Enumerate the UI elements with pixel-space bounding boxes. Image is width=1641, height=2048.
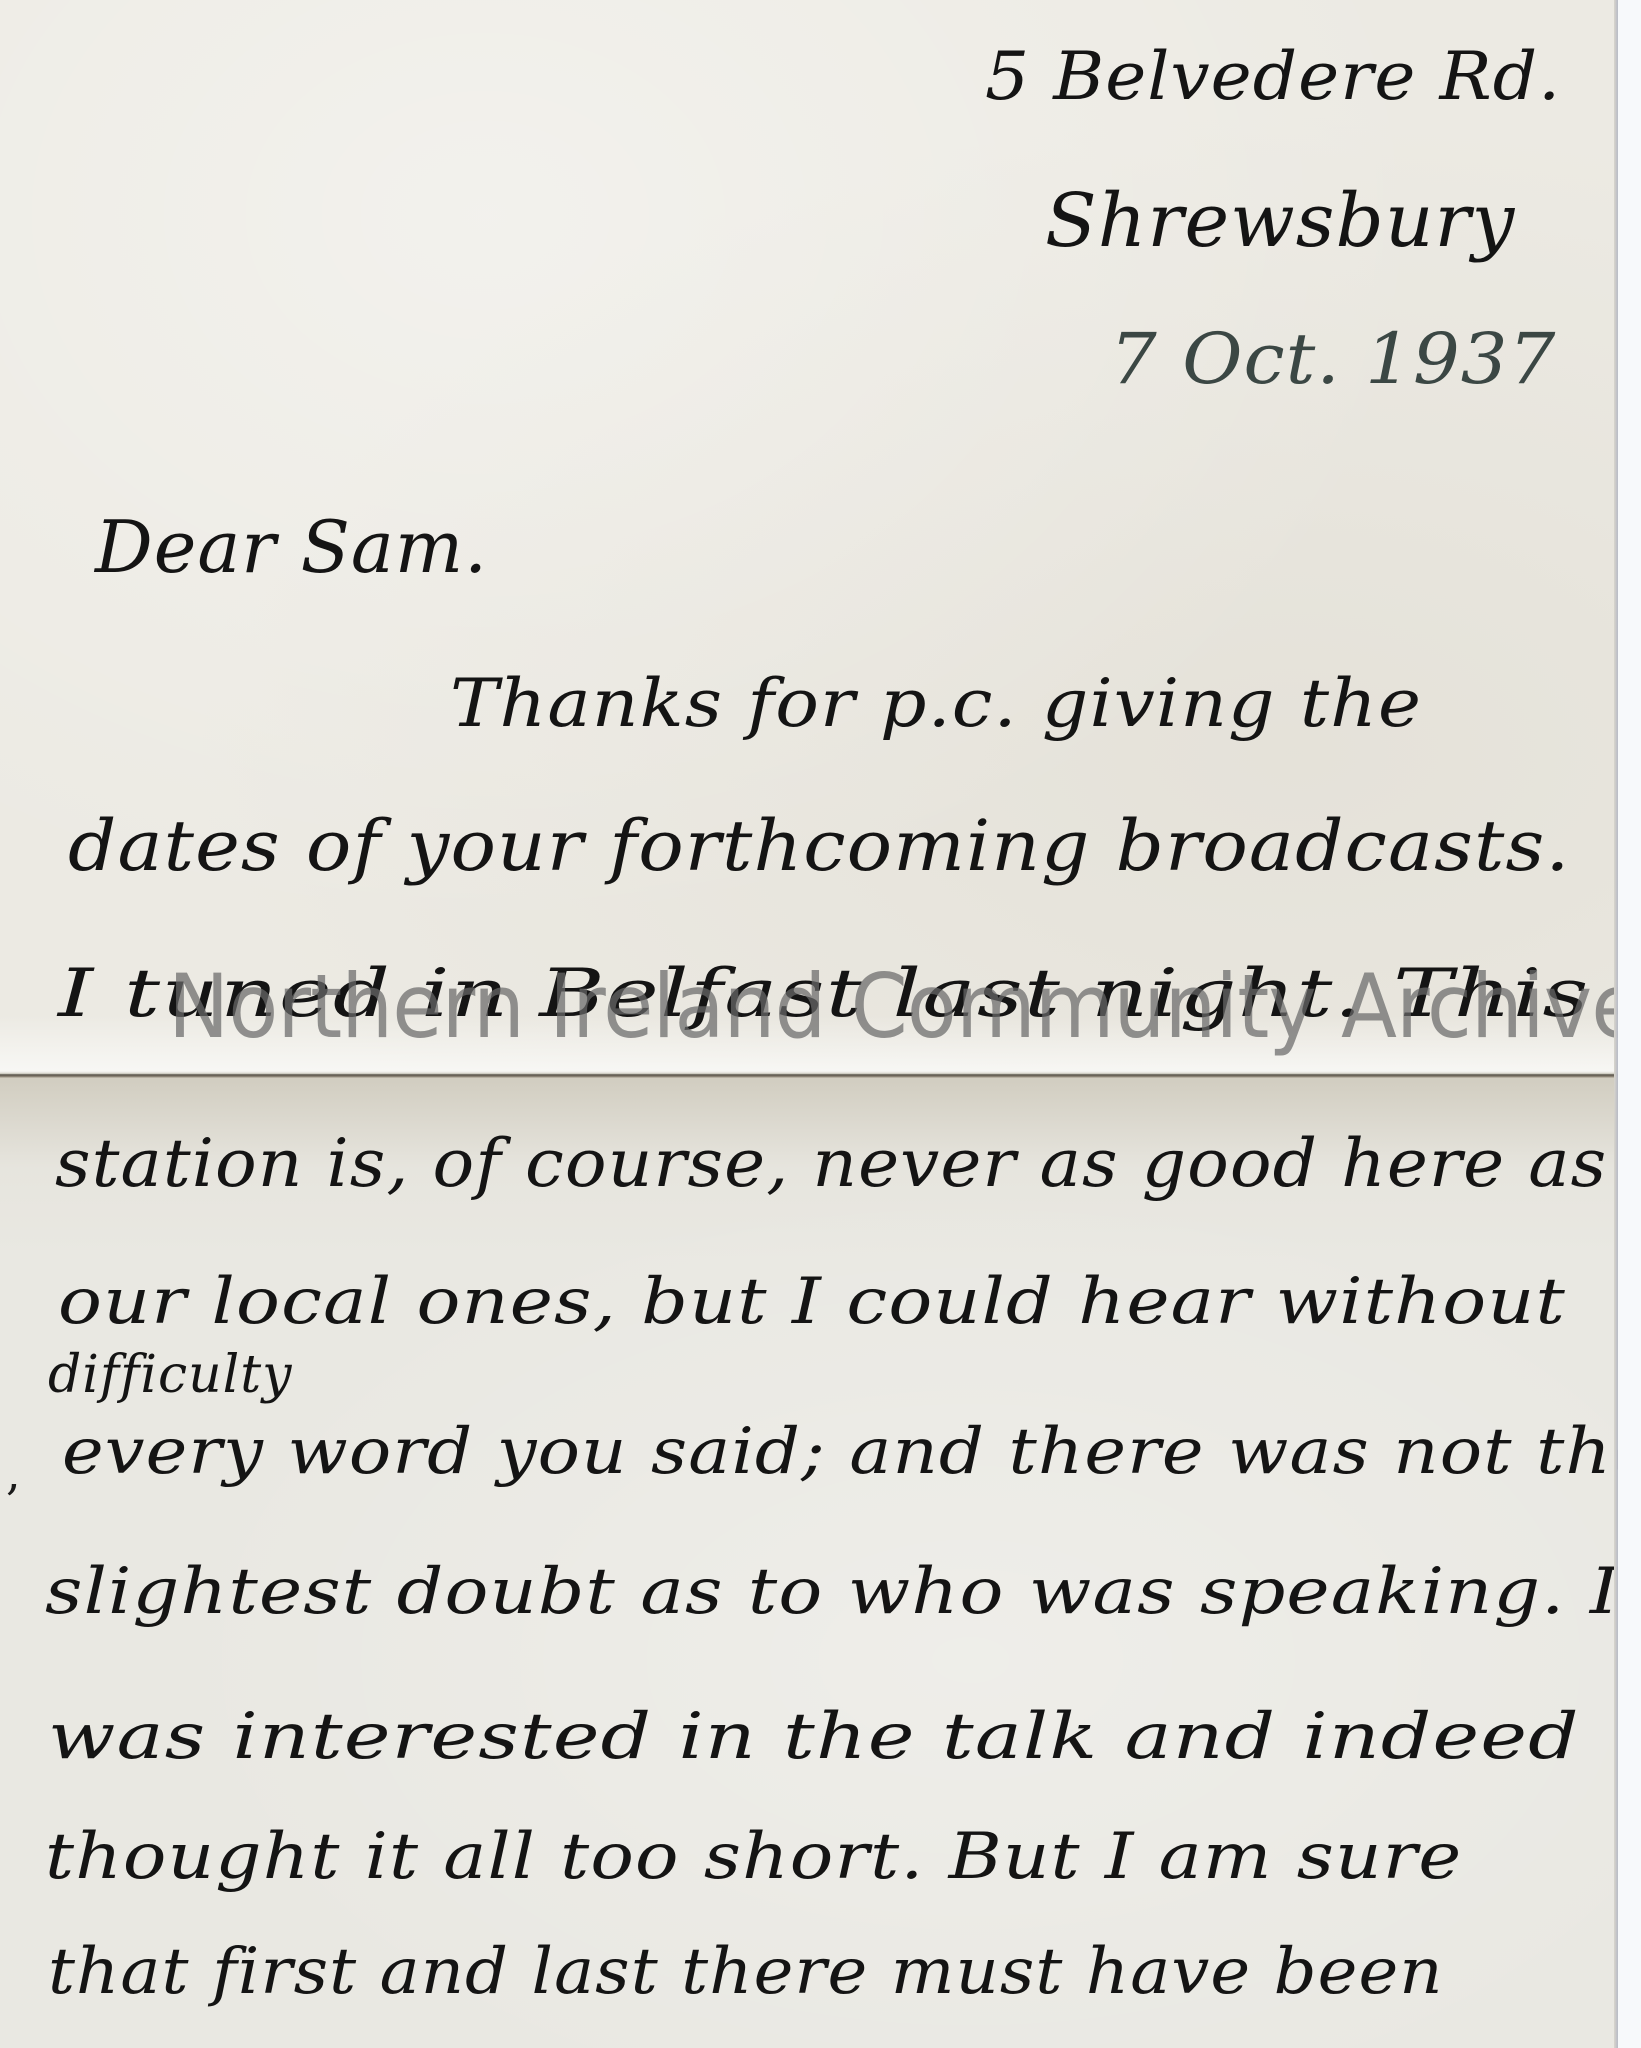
body-line-7: slightest doubt as to who was speaking. … (45, 1555, 1618, 1629)
address-line-1: 5 Belvedere Rd. (985, 38, 1561, 115)
address-line-2: Shrewsbury (1045, 178, 1515, 264)
insertion-caret: , (6, 1446, 21, 1500)
letter-page: 5 Belvedere Rd. Shrewsbury 7 Oct. 1937 D… (0, 0, 1618, 2048)
body-line-9: thought it all too short. But I am sure (45, 1820, 1462, 1894)
archive-watermark: Northern Ireland Community Archive (168, 955, 1618, 1058)
paper-right-edge (1614, 0, 1618, 2048)
body-line-6: every word you said; and there was not t… (62, 1415, 1618, 1489)
salutation: Dear Sam. (95, 505, 488, 589)
body-line-10: that first and last there must have been (48, 1935, 1444, 2009)
body-line-1: Thanks for p.c. giving the (450, 665, 1422, 742)
paper-fold-crease (0, 1071, 1618, 1078)
body-line-5: our local ones, but I could hear without (58, 1265, 1566, 1339)
letter-date: 7 Oct. 1937 (1110, 318, 1556, 400)
body-line-8: was interested in the talk and indeed (48, 1700, 1580, 1774)
body-line-4: station is, of course, never as good her… (55, 1125, 1607, 1202)
inserted-word: difficulty (48, 1345, 293, 1405)
body-line-2: dates of your forthcoming broadcasts. (68, 805, 1570, 887)
